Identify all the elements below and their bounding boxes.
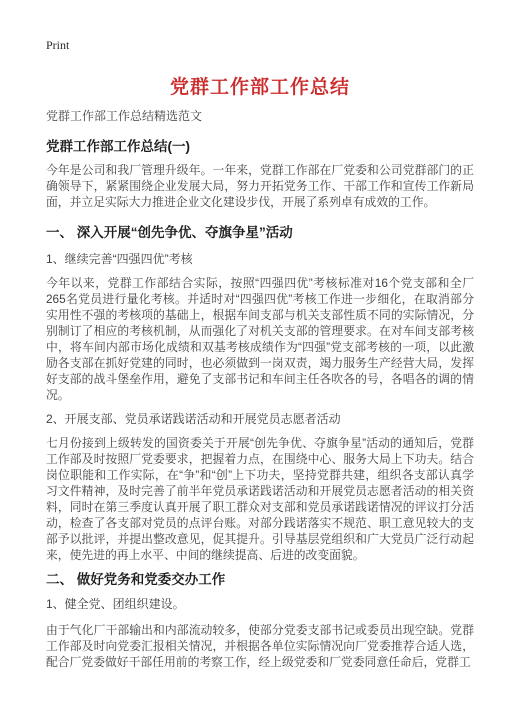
section-2-paragraph-1: 由于气化厂干部输出和内部流动较多，使部分党委支部书记或委员出现空缺。党群工作部及… [46, 622, 474, 670]
section-2-subheading-1: 1、健全党、团组织建设。 [46, 596, 474, 612]
section-1-paragraph-1: 今年以来，党群工作部结合实际，按照“四强四优”考核标准对16个党支部和全厂265… [46, 275, 474, 403]
section-2-heading: 二、 做好党务和党委交办工作 [46, 571, 474, 588]
section-1-subheading-2: 2、开展支部、党员承诺践诺活动和开展党员志愿者活动 [46, 411, 474, 427]
page-title: 党群工作部工作总结 [46, 76, 474, 100]
part-title: 党群工作部工作总结(一) [46, 138, 474, 155]
section-1-paragraph-2: 七月份接到上级转发的国资委关于开展“创先争优、夺旗争星”活动的通知后，党群工作部… [46, 435, 474, 563]
section-1-subheading-1: 1、继续完善“四强四优”考核 [46, 251, 474, 267]
print-button[interactable]: Print [46, 38, 69, 52]
intro-paragraph: 今年是公司和我厂管理升级年。一年来，党群工作部在厂党委和公司党群部门的正确领导下… [46, 162, 474, 210]
section-1-heading: 一、 深入开展“创先争优、夺旗争星”活动 [46, 224, 474, 241]
document-page: Print 党群工作部工作总结 党群工作部工作总结精选范文 党群工作部工作总结(… [0, 0, 520, 718]
doc-subtitle: 党群工作部工作总结精选范文 [46, 108, 474, 124]
